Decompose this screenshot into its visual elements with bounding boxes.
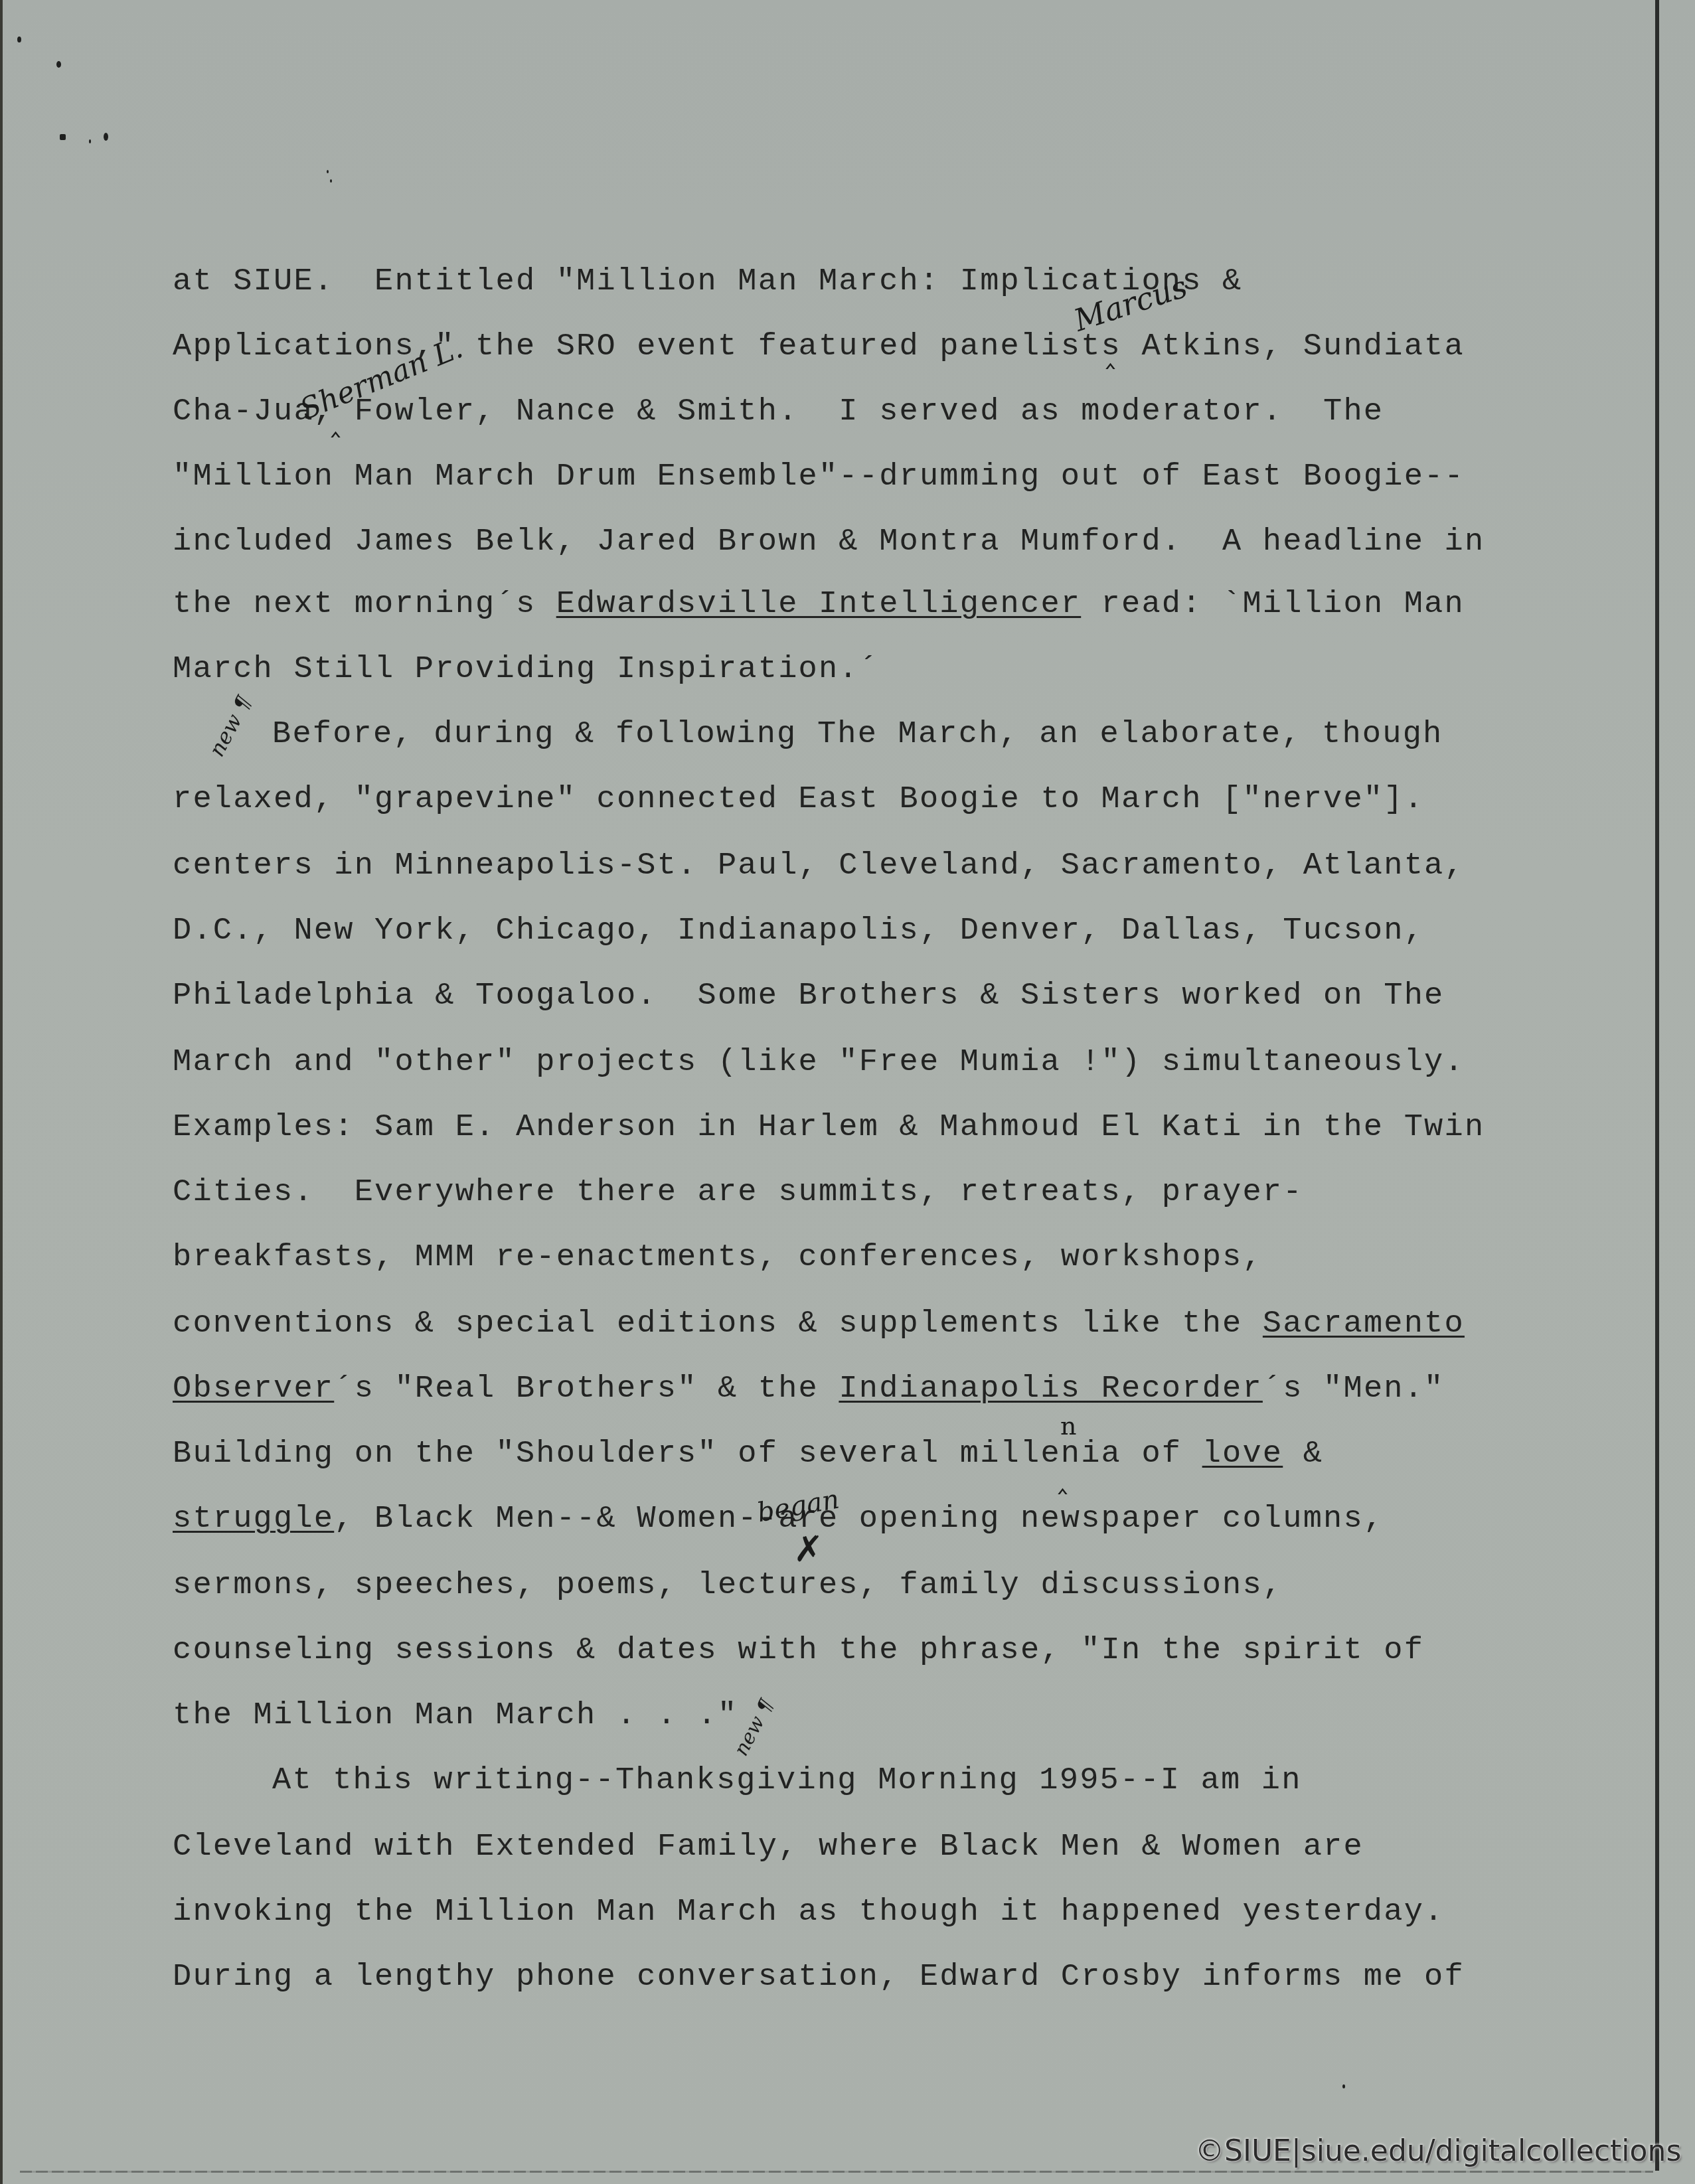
text-line: the next morning´s Edwardsville Intellig… <box>173 585 1465 625</box>
scan-speck <box>1342 2084 1345 2088</box>
scan-speck <box>60 134 66 140</box>
text-line: March and "other" projects (like "Free M… <box>173 1043 1465 1083</box>
text-line: conventions & special editions & supplem… <box>173 1304 1465 1344</box>
underlined-title: struggle <box>173 1502 334 1537</box>
text-line: relaxed, "grapevine" connected East Boog… <box>173 780 1424 820</box>
line-text: included James Belk, Jared Brown & Montr… <box>173 524 1485 560</box>
text-line: breakfasts, MMM re-enactments, conferenc… <box>173 1238 1263 1278</box>
line-text: the next morning´s <box>173 587 556 622</box>
line-text: During a lengthy phone conversation, Edw… <box>173 1960 1465 1995</box>
text-line: During a lengthy phone conversation, Edw… <box>173 1958 1465 1997</box>
text-line: Cities. Everywhere there are summits, re… <box>173 1173 1303 1213</box>
text-line: at SIUE. Entitled "Million Man March: Im… <box>173 262 1242 302</box>
line-text: at SIUE. Entitled "Million Man March: Im… <box>173 264 1242 299</box>
insert-caret-icon: ‸ <box>331 404 341 437</box>
line-text: ´s "Men." <box>1263 1371 1445 1407</box>
line-text: Before, during & following The March, an… <box>272 717 1443 752</box>
line-text: breakfasts, MMM re-enactments, conferenc… <box>173 1240 1263 1275</box>
scanned-page: at SIUE. Entitled "Million Man March: Im… <box>0 0 1695 2184</box>
text-line: At this writing--Thanksgiving Morning 19… <box>272 1761 1302 1801</box>
line-text: counseling sessions & dates with the phr… <box>173 1633 1424 1668</box>
text-line: Before, during & following The March, an… <box>272 715 1443 755</box>
line-text: Cities. Everywhere there are summits, re… <box>173 1175 1303 1210</box>
line-text: conventions & special editions & supplem… <box>173 1306 1263 1342</box>
text-line: centers in Minneapolis-St. Paul, Clevela… <box>173 846 1465 886</box>
text-line: the Million Man March . . ." <box>173 1696 738 1736</box>
line-text: the Million Man March . . ." <box>173 1698 738 1733</box>
scan-speck <box>56 61 61 68</box>
line-text: , Black Men--& Women--are opening newspa… <box>334 1502 1384 1537</box>
line-text: & <box>1283 1437 1323 1472</box>
scan-speck <box>104 133 108 141</box>
handwritten-millenia-n-insert: n <box>1060 1411 1076 1441</box>
underlined-title: love <box>1202 1437 1283 1472</box>
text-line: counseling sessions & dates with the phr… <box>173 1631 1424 1671</box>
line-text: "Million Man March Drum Ensemble"--drumm… <box>173 459 1465 495</box>
line-text: Cleveland with Extended Family, where Bl… <box>173 1830 1364 1865</box>
scan-left-edge <box>0 0 3 2184</box>
line-text: Building on the "Shoulders" of several m… <box>173 1437 1202 1472</box>
text-line: invoking the Million Man March as though… <box>173 1893 1445 1932</box>
scan-speck <box>17 37 21 42</box>
text-line: Examples: Sam E. Anderson in Harlem & Ma… <box>173 1108 1485 1148</box>
page-right-border-line <box>1655 0 1659 2171</box>
text-line: March Still Providing Inspiration.´ <box>173 650 879 690</box>
text-line: Building on the "Shoulders" of several m… <box>173 1435 1323 1474</box>
text-line: sermons, speeches, poems, lectures, fami… <box>173 1566 1283 1606</box>
text-line: "Million Man March Drum Ensemble"--drumm… <box>173 457 1465 497</box>
line-text: sermons, speeches, poems, lectures, fami… <box>173 1568 1283 1603</box>
line-text: Examples: Sam E. Anderson in Harlem & Ma… <box>173 1110 1485 1145</box>
text-line: Observer´s "Real Brothers" & the Indiana… <box>173 1369 1445 1409</box>
line-text: D.C., New York, Chicago, Indianapolis, D… <box>173 913 1424 949</box>
line-text: ´s "Real Brothers" & the <box>334 1371 839 1407</box>
siue-copyright-watermark: ©SIUE|siue.edu/digitalcollections <box>1195 2134 1681 2168</box>
text-line: D.C., New York, Chicago, Indianapolis, D… <box>173 911 1424 951</box>
underlined-title: Indianapolis Recorder <box>839 1371 1263 1407</box>
text-line: Philadelphia & Toogaloo. Some Brothers &… <box>173 976 1445 1016</box>
handwritten-new-paragraph-mark: new ¶ <box>204 692 256 761</box>
text-line: included James Belk, Jared Brown & Montr… <box>173 522 1485 562</box>
underlined-title: Sacramento <box>1263 1306 1465 1342</box>
line-text: read: `Million Man <box>1081 587 1465 622</box>
insert-caret-icon: ‸ <box>1058 1460 1068 1494</box>
line-text: centers in Minneapolis-St. Paul, Clevela… <box>173 848 1465 884</box>
underlined-title: Observer <box>173 1371 334 1407</box>
underlined-title: Edwardsville Intelligencer <box>556 587 1082 622</box>
text-line: Cleveland with Extended Family, where Bl… <box>173 1828 1364 1867</box>
page-bottom-dotted-rule <box>20 2171 1653 2173</box>
line-text: Applications," the SRO event featured pa… <box>173 329 1465 364</box>
scan-speck <box>89 139 91 143</box>
line-text: At this writing--Thanksgiving Morning 19… <box>272 1763 1302 1798</box>
scan-speck <box>327 170 329 173</box>
scan-speck <box>330 179 332 183</box>
line-text: Philadelphia & Toogaloo. Some Brothers &… <box>173 978 1445 1014</box>
line-text: invoking the Million Man March as though… <box>173 1895 1445 1930</box>
insert-caret-icon: ‸ <box>1105 335 1115 369</box>
text-line: Applications," the SRO event featured pa… <box>173 327 1465 367</box>
strikethrough-mark-icon: ✗ <box>793 1528 823 1570</box>
line-text: March and "other" projects (like "Free M… <box>173 1045 1465 1080</box>
line-text: March Still Providing Inspiration.´ <box>173 652 879 687</box>
line-text: relaxed, "grapevine" connected East Boog… <box>173 782 1424 817</box>
